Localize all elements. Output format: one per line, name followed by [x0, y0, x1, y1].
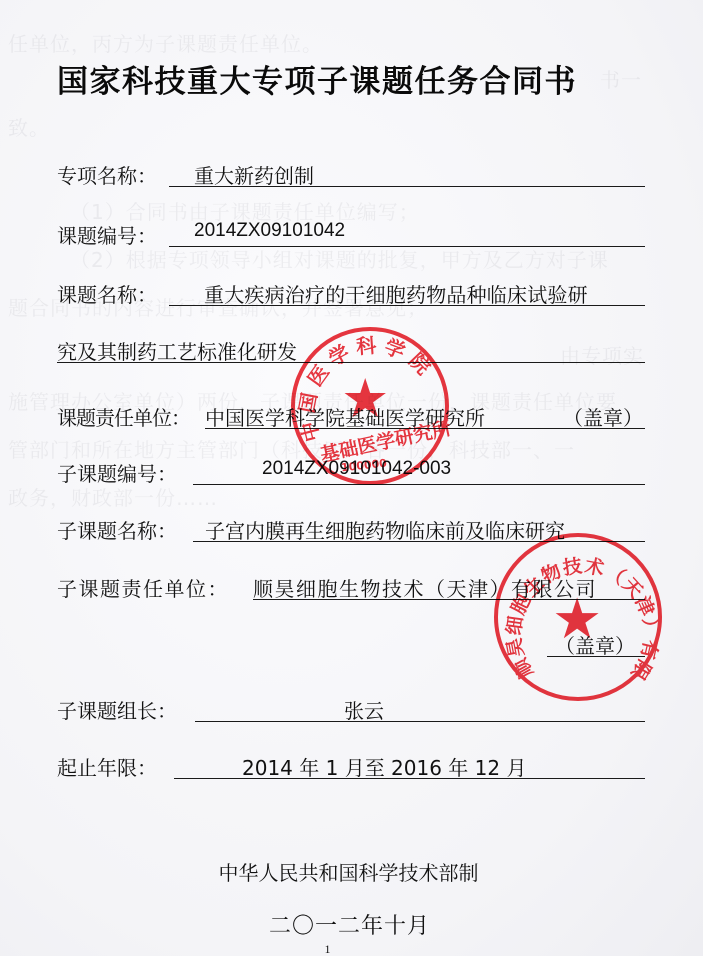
field-value: 张云 [344, 695, 384, 724]
field-label: 子课题组长： [57, 695, 177, 724]
underline [169, 305, 645, 306]
issuer: 中华人民共和国科学技术部制 [0, 857, 700, 886]
field-period: 起止年限： 2014 年 1 月至 2016 年 12 月 [57, 752, 647, 782]
field-value: 重大疾病治疗的干细胞药物品种临床试验研 [204, 279, 588, 308]
field-value: 2014ZX09101042 [194, 220, 345, 242]
underline [174, 778, 645, 779]
underline [195, 721, 645, 722]
document-title: 国家科技重大专项子课题任务合同书 [57, 56, 577, 101]
seal-star-icon: ★ [552, 587, 602, 652]
official-seal-ibms: 中国医学科学院 ★ 基础医学研究所 100000 [291, 327, 449, 485]
field-label: 子课题责任单位： [57, 573, 229, 602]
underline [169, 246, 645, 247]
document-page: 任单位，丙方为子课题责任单位。 书一 致。 （1）合同书由子课题责任单位编写； … [0, 0, 703, 956]
field-label: 课题名称： [57, 279, 157, 308]
field-label: 子课题编号： [57, 458, 177, 487]
bleed-through-text: 任单位，丙方为子课题责任单位。 [8, 28, 323, 57]
seal-star-icon: ★ [341, 367, 389, 430]
field-project-number: 课题编号： 2014ZX09101042 [57, 220, 647, 250]
issue-date: 二〇一二年十月 [0, 909, 701, 940]
field-special-project: 专项名称： 重大新药创制 [57, 160, 647, 190]
field-label: 专项名称： [57, 160, 157, 189]
page-number: 1 [0, 942, 679, 956]
official-seal-shunhao: 顺昊细胞生物技术（天津）有限公司 ★ [494, 533, 664, 703]
field-project-name: 课题名称： 重大疾病治疗的干细胞药物品种临床试验研 [57, 279, 647, 309]
field-label: 子课题名称： [57, 515, 177, 544]
field-value: 2014 年 1 月至 2016 年 12 月 [242, 752, 526, 781]
bleed-through-text: 致。 [8, 112, 50, 141]
field-label: 课题责任单位： [57, 402, 190, 431]
underline [169, 186, 645, 187]
field-label: 起止年限： [57, 752, 157, 781]
field-value-continued: 究及其制药工艺标准化研发 [57, 336, 297, 365]
bleed-through-text: 书一 [600, 64, 642, 93]
field-value: 重大新药创制 [194, 160, 314, 189]
field-label: 课题编号： [57, 220, 157, 249]
seal-note: （盖章） [563, 402, 643, 431]
